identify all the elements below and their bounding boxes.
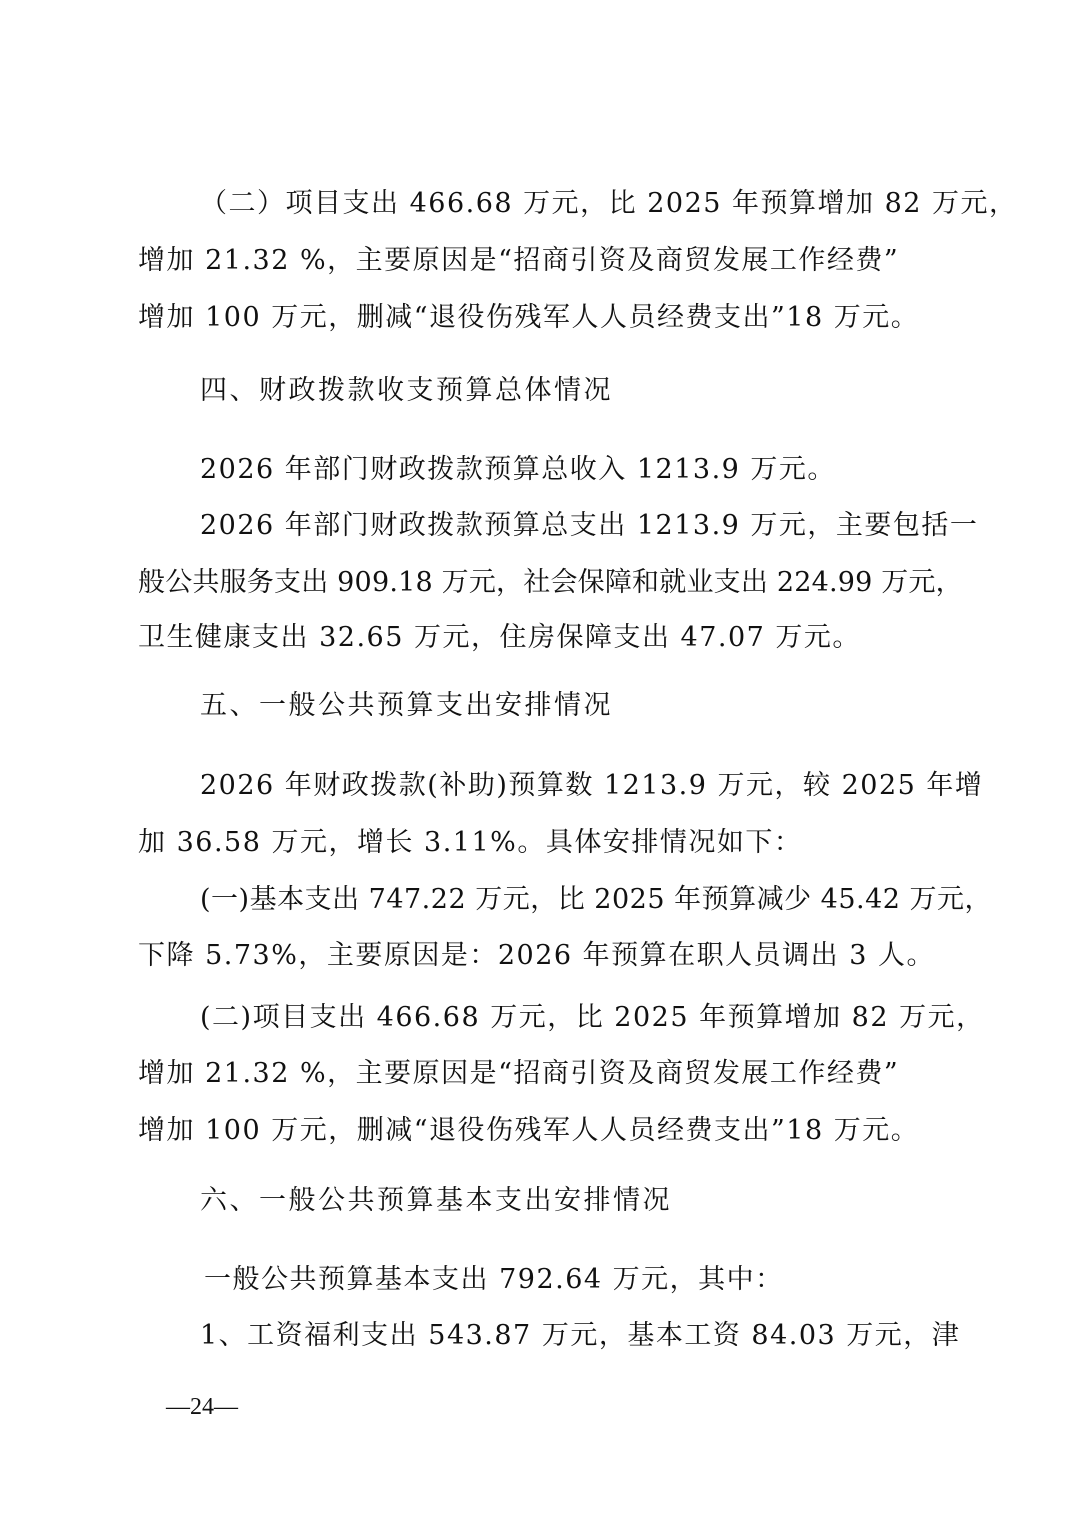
paragraph-line: （二）项目支出 466.68 万元，比 2025 年预算增加 82 万元， xyxy=(200,186,1018,222)
section-heading-5: 五、一般公共预算支出安排情况 xyxy=(200,688,613,724)
paragraph-line: 般公共服务支出 909.18 万元，社会保障和就业支出 224.99 万元， xyxy=(138,565,963,601)
paragraph-line: 增加 21.32 %，主要原因是“招商引资及商贸发展工作经费” xyxy=(138,1056,899,1092)
paragraph-line: 1、工资福利支出 543.87 万元，基本工资 84.03 万元，津 xyxy=(200,1318,960,1354)
paragraph-line: 2026 年部门财政拨款预算总支出 1213.9 万元，主要包括一 xyxy=(200,508,978,544)
paragraph-line: (二)项目支出 466.68 万元，比 2025 年预算增加 82 万元， xyxy=(200,1000,985,1036)
paragraph-line: (一)基本支出 747.22 万元，比 2025 年预算减少 45.42 万元， xyxy=(200,882,992,918)
paragraph-line: 增加 100 万元，删减“退役伤残军人人员经费支出”18 万元。 xyxy=(138,1113,919,1149)
paragraph-line: 加 36.58 万元，增长 3.11%。具体安排情况如下： xyxy=(138,825,802,861)
paragraph-line: 2026 年部门财政拨款预算总收入 1213.9 万元。 xyxy=(200,452,836,488)
paragraph-line: 一般公共预算基本支出 792.64 万元，其中： xyxy=(204,1262,784,1298)
section-heading-4: 四、财政拨款收支预算总体情况 xyxy=(200,373,613,409)
paragraph-line: 卫生健康支出 32.65 万元，住房保障支出 47.07 万元。 xyxy=(138,620,861,656)
paragraph-line: 增加 21.32 %，主要原因是“招商引资及商贸发展工作经费” xyxy=(138,243,899,279)
paragraph-line: 增加 100 万元，删减“退役伤残军人人员经费支出”18 万元。 xyxy=(138,300,919,336)
page-number: —24— xyxy=(166,1392,238,1422)
section-heading-6: 六、一般公共预算基本支出安排情况 xyxy=(200,1183,672,1219)
paragraph-line: 下降 5.73%，主要原因是：2026 年预算在职人员调出 3 人。 xyxy=(138,938,935,974)
paragraph-line: 2026 年财政拨款(补助)预算数 1213.9 万元，较 2025 年增 xyxy=(200,768,983,804)
